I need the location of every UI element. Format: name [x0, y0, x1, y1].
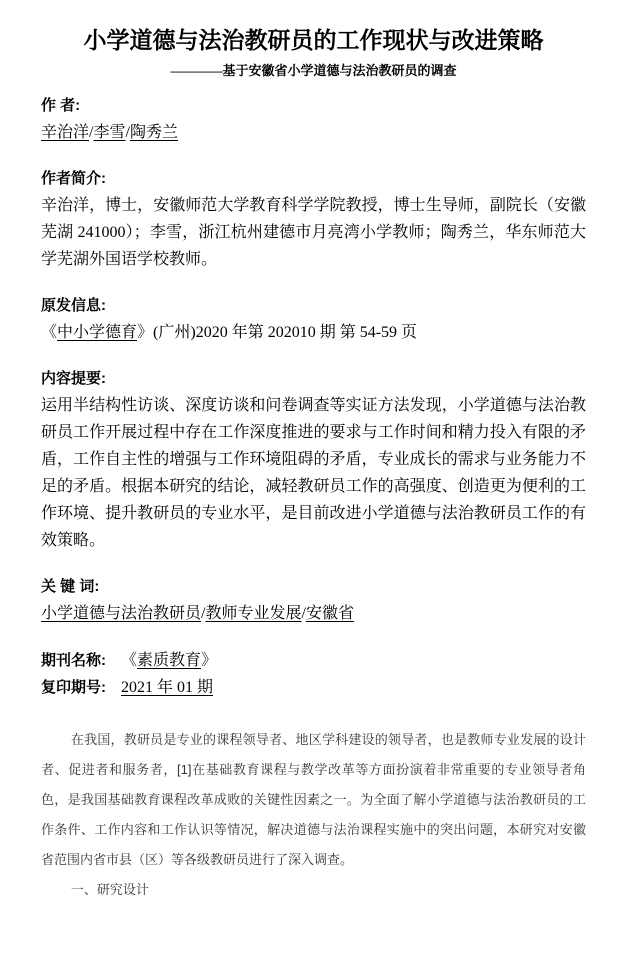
abstract-section: 内容提要: 运用半结构性访谈、深度访谈和问卷调查等实证方法发现，小学道德与法治教… — [41, 366, 586, 554]
author-link-2[interactable]: 李雪 — [93, 124, 125, 141]
abstract-label: 内容提要: — [41, 366, 586, 392]
source-label: 原发信息: — [41, 293, 586, 319]
keyword-link-1[interactable]: 小学道德与法治教研员 — [41, 605, 201, 622]
author-bio-text: 辛治洋，博士，安徽师范大学教育科学学院教授，博士生导师，副院长（安徽芜湖 241… — [41, 192, 586, 273]
abstract-text: 运用半结构性访谈、深度访谈和问卷调查等实证方法发现，小学道德与法治教研员工作开展… — [41, 392, 586, 554]
journal-name-row: 期刊名称:《素质教育》 — [41, 647, 586, 674]
article-body: 在我国，教研员是专业的课程领导者、地区学科建设的领导者，也是教师专业发展的设计者… — [41, 725, 586, 905]
article-page: 小学道德与法治教研员的工作现状与改进策略 ————基于安徽省小学道德与法治教研员… — [0, 0, 627, 905]
source-section: 原发信息: 《中小学德育》(广州)2020 年第 202010 期 第 54-5… — [41, 293, 586, 346]
authors-label: 作 者: — [41, 93, 586, 119]
source-bracket-open: 《 — [41, 324, 57, 341]
source-detail: 》(广州)2020 年第 202010 期 第 54-59 页 — [137, 324, 417, 341]
keyword-link-3[interactable]: 安徽省 — [306, 605, 354, 622]
keyword-link-2[interactable]: 教师专业发展 — [205, 605, 301, 622]
author-bio-section: 作者简介: 辛治洋，博士，安徽师范大学教育科学学院教授，博士生导师，副院长（安徽… — [41, 166, 586, 273]
section-heading: 一、研究设计 — [41, 875, 586, 905]
journal-name-link[interactable]: 素质教育 — [137, 652, 201, 669]
reprint-issue-row: 复印期号:2021 年 01 期 — [41, 674, 586, 701]
journal-name-label: 期刊名称: — [41, 648, 106, 674]
journal-name-bracket-close: 》 — [201, 652, 217, 669]
author-link-1[interactable]: 辛治洋 — [41, 124, 89, 141]
body-paragraph: 在我国，教研员是专业的课程领导者、地区学科建设的领导者，也是教师专业发展的设计者… — [41, 725, 586, 875]
source-journal-link[interactable]: 中小学德育 — [57, 324, 137, 341]
reprint-issue-label: 复印期号: — [41, 675, 106, 701]
journal-meta-section: 期刊名称:《素质教育》 复印期号:2021 年 01 期 — [41, 647, 586, 701]
author-bio-label: 作者简介: — [41, 166, 586, 192]
journal-name-bracket-open: 《 — [121, 652, 137, 669]
source-line: 《中小学德育》(广州)2020 年第 202010 期 第 54-59 页 — [41, 319, 586, 346]
author-link-3[interactable]: 陶秀兰 — [130, 124, 178, 141]
page-subtitle: ————基于安徽省小学道德与法治教研员的调查 — [41, 61, 586, 81]
authors-line: 辛治洋/李雪/陶秀兰 — [41, 119, 586, 146]
reprint-issue-link[interactable]: 2021 年 01 期 — [121, 679, 213, 696]
keywords-line: 小学道德与法治教研员/教师专业发展/安徽省 — [41, 600, 586, 627]
authors-section: 作 者: 辛治洋/李雪/陶秀兰 — [41, 93, 586, 146]
page-title: 小学道德与法治教研员的工作现状与改进策略 — [41, 26, 586, 56]
keywords-label: 关 键 词: — [41, 574, 586, 600]
keywords-section: 关 键 词: 小学道德与法治教研员/教师专业发展/安徽省 — [41, 574, 586, 627]
